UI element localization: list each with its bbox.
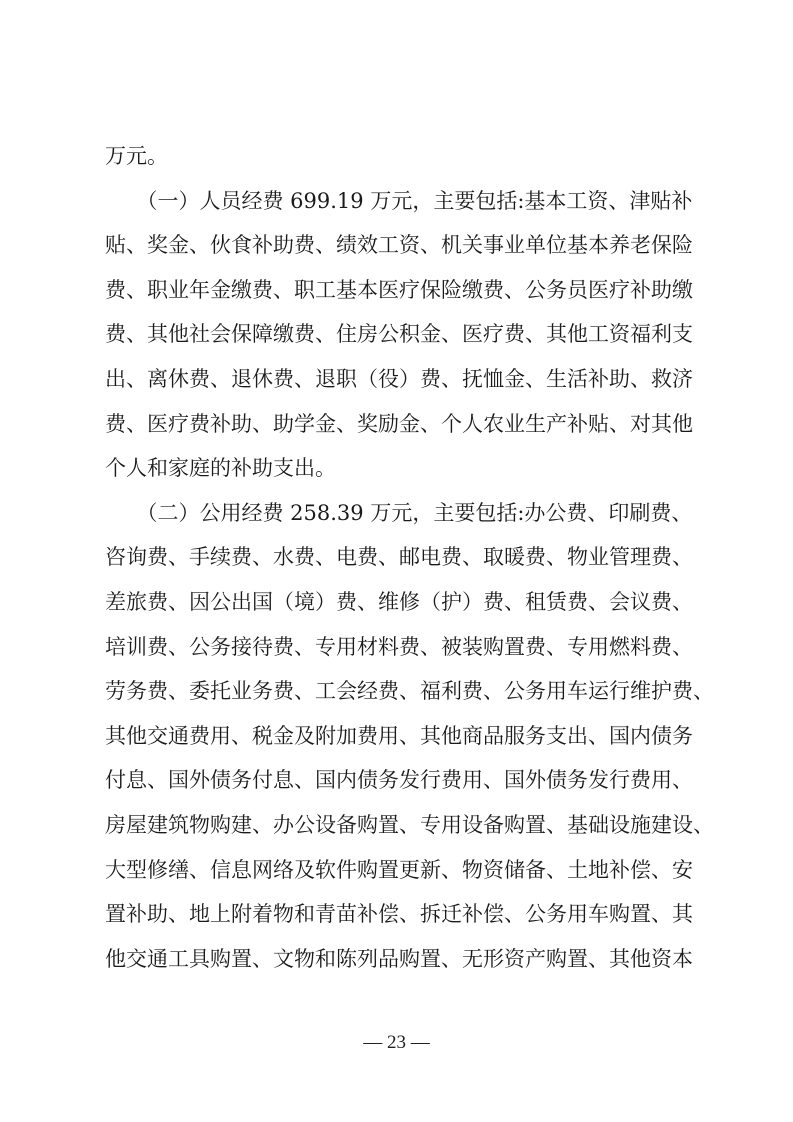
text-line: 付息、国外债务付息、国内债务发行费用、国外债务发行费用、 (105, 761, 690, 799)
text-line: 培训费、公务接待费、专用材料费、被装购置费、专用燃料费、 (105, 628, 690, 666)
text-line: 其他交通费用、税金及附加费用、其他商品服务支出、国内债务 (105, 717, 690, 755)
section-2-heading-line: （二）公用经费 258.39 万元，主要包括:办公费、印刷费、 (105, 494, 690, 532)
text-line: 费、医疗费补助、助学金、奖励金、个人农业生产补贴、对其他 (105, 405, 690, 443)
text-line: 他交通工具购置、文物和陈列品购置、无形资产购置、其他资本 (105, 940, 690, 978)
text-line: 劳务费、委托业务费、工会经费、福利费、公务用车运行维护费、 (105, 672, 690, 710)
text-line: 费、职业年金缴费、职工基本医疗保险缴费、公务员医疗补助缴 (105, 271, 690, 309)
text-line: 费、其他社会保障缴费、住房公积金、医疗费、其他工资福利支 (105, 315, 690, 353)
text-line: 置补助、地上附着物和青苗补偿、拆迁补偿、公务用车购置、其 (105, 895, 690, 933)
text-line: 出、离休费、退休费、退职（役）费、抚恤金、生活补助、救济 (105, 360, 690, 398)
section-1-heading-line: （一）人员经费 699.19 万元，主要包括:基本工资、津贴补 (105, 182, 690, 220)
text-line: 咨询费、手续费、水费、电费、邮电费、取暖费、物业管理费、 (105, 538, 690, 576)
page-number: — 23 — (0, 1030, 793, 1056)
text-line: 房屋建筑物购建、办公设备购置、专用设备购置、基础设施建设、 (105, 806, 690, 844)
text-line: 大型修缮、信息网络及软件购置更新、物资储备、土地补偿、安 (105, 851, 690, 889)
text-line: 万元。 (105, 137, 690, 175)
document-page: 万元。 （一）人员经费 699.19 万元，主要包括:基本工资、津贴补 贴、奖金… (0, 0, 793, 1122)
text-line: 贴、奖金、伙食补助费、绩效工资、机关事业单位基本养老保险 (105, 226, 690, 264)
text-line: 差旅费、因公出国（境）费、维修（护）费、租赁费、会议费、 (105, 583, 690, 621)
text-line: 个人和家庭的补助支出。 (105, 449, 690, 487)
